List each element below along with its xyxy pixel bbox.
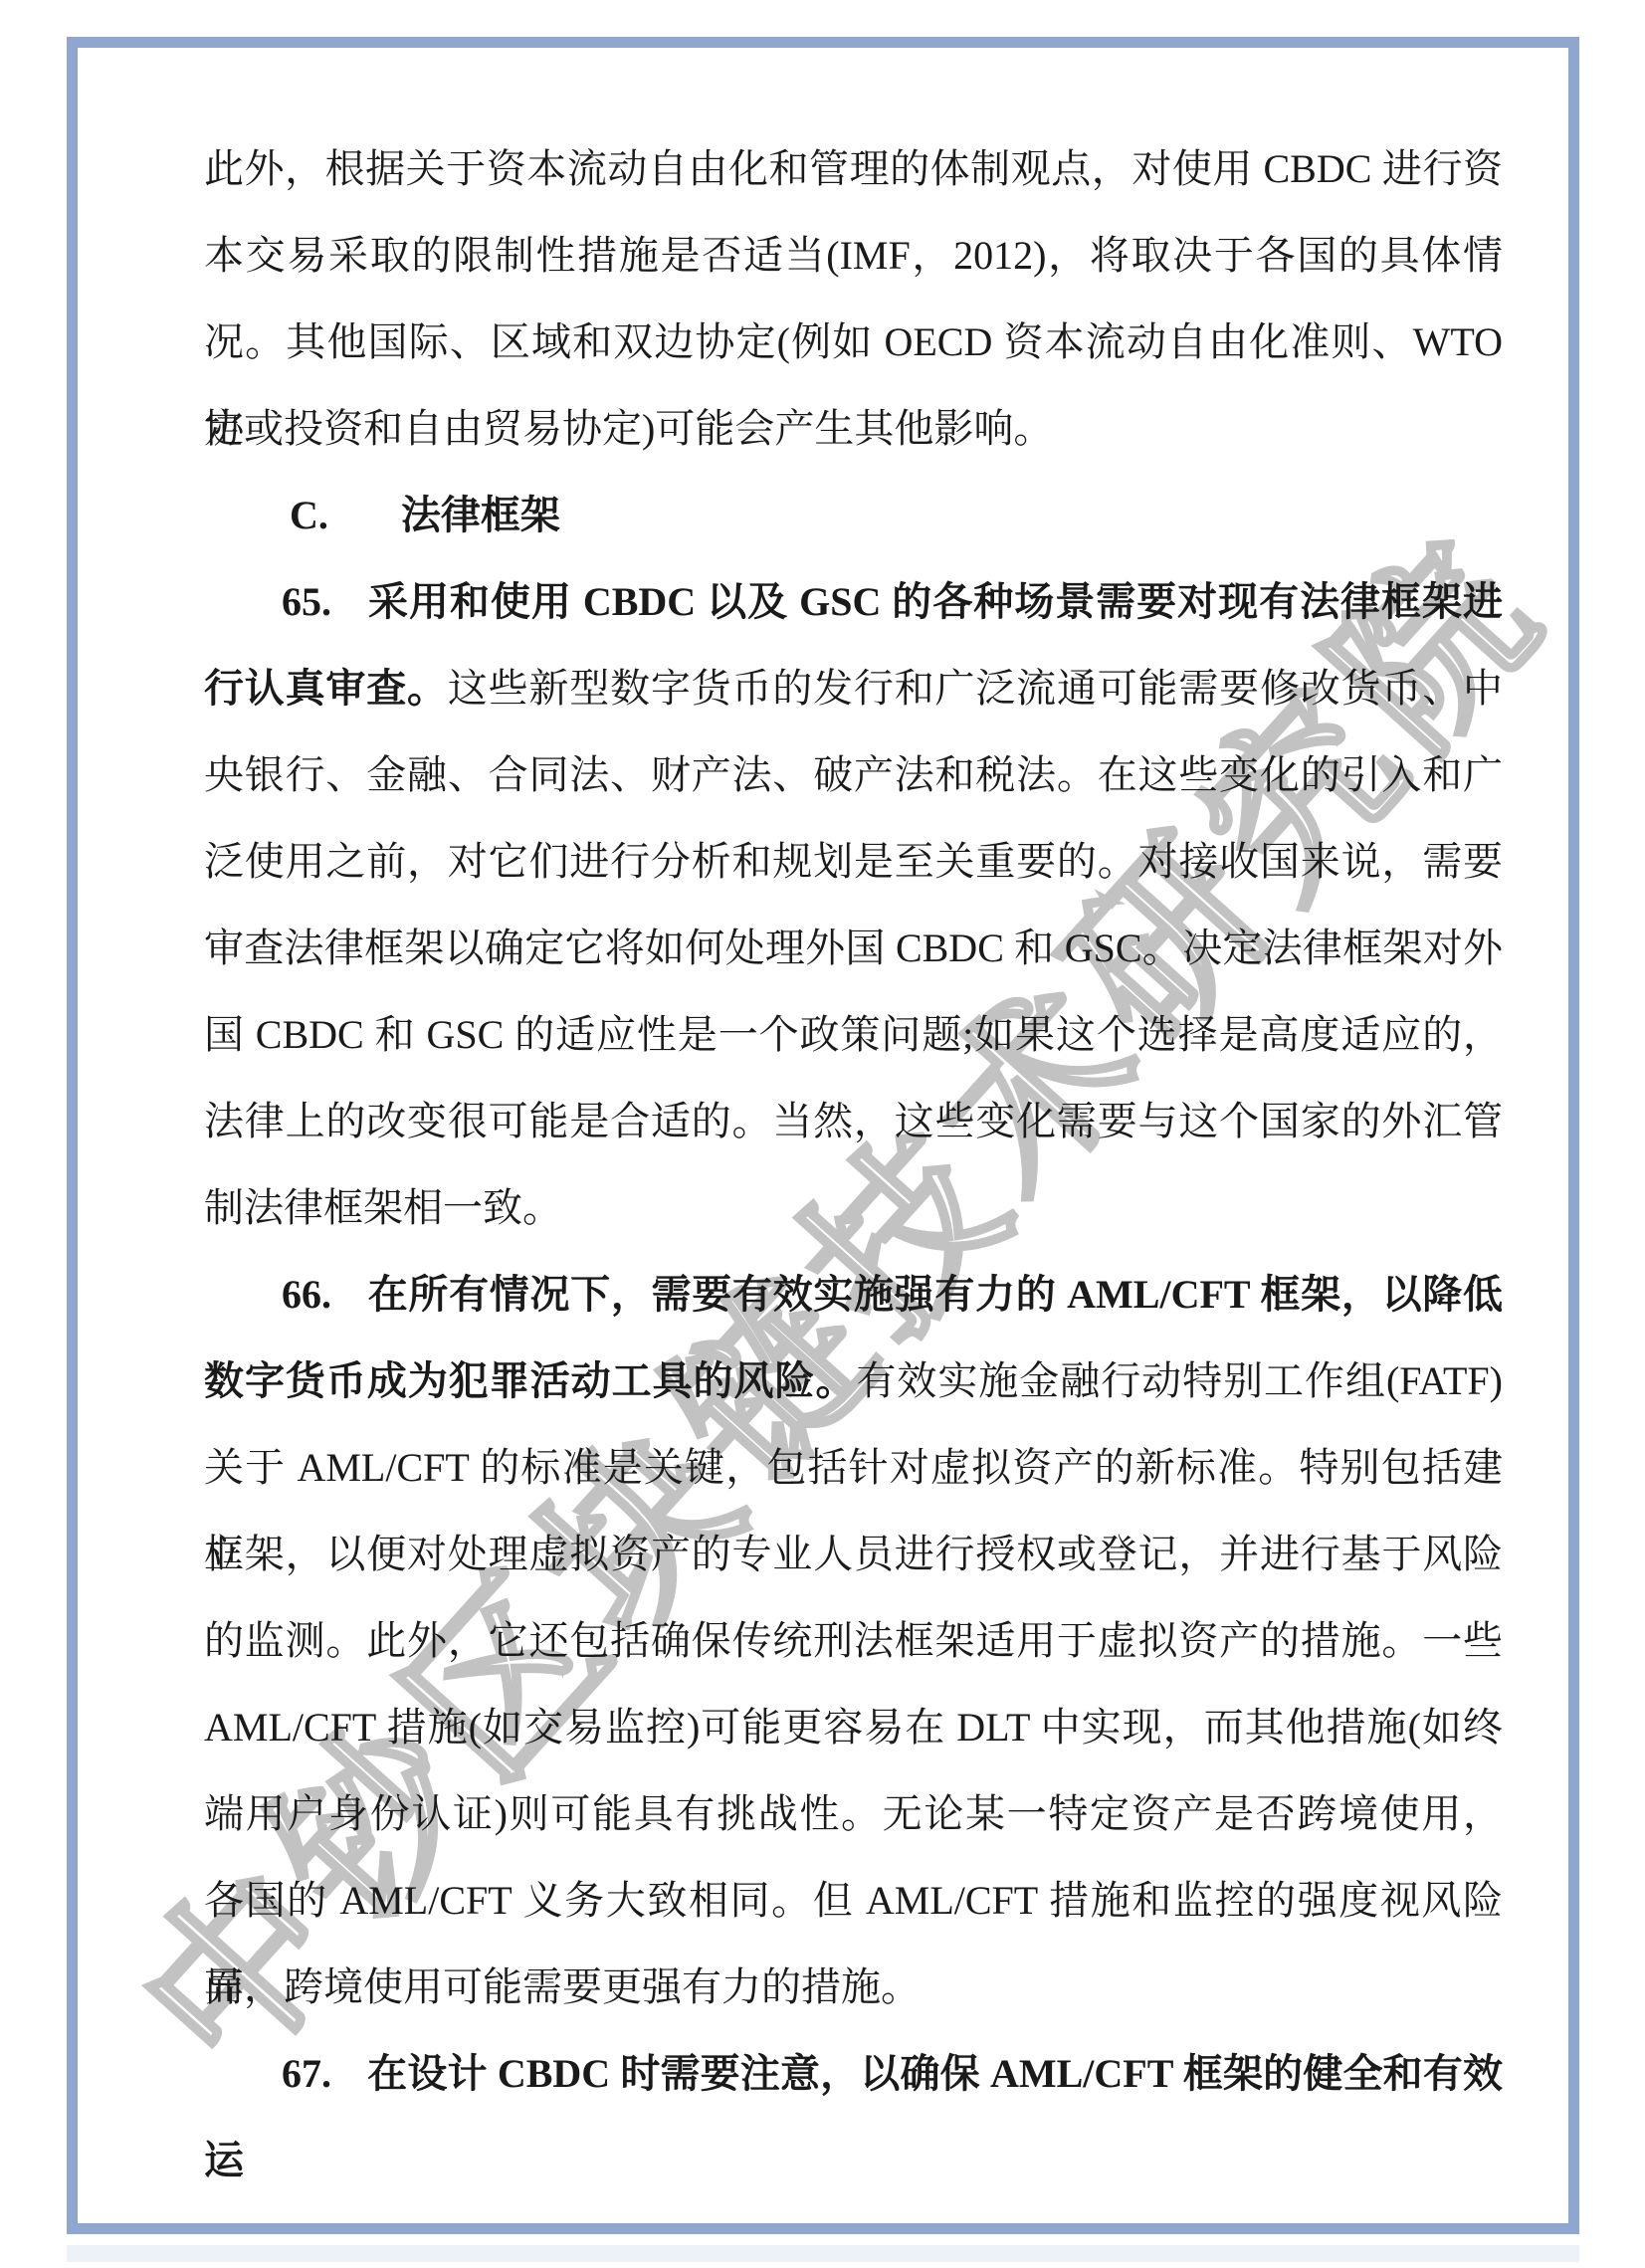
paragraph-line: 数字货币成为犯罪活动工具的风险。有效实施金融行动特别工作组(FATF) [204,1338,1503,1424]
text-segment: 异，跨境使用可能需要更强有力的措施。 [204,1964,921,2009]
text-segment: 制法律框架相一致。 [204,1185,562,1230]
next-page-edge-strip [67,2245,1579,2262]
paragraph-line: 的监测。此外，它还包括确保传统刑法框架适用于虚拟资产的措施。一些 [204,1597,1503,1684]
text-segment: 行认真审查。 [204,666,448,711]
paragraph-line: AML/CFT 措施(如交易监控)可能更容易在 DLT 中实现，而其他措施(如终 [204,1684,1503,1770]
text-segment: 65. [282,579,331,624]
text-segment: 端用户身份认证)则可能具有挑战性。无论某一特定资产是否跨境使用， [204,1791,1503,1836]
paragraph-line: 66.在所有情况下，需要有效实施强有力的 AML/CFT 框架，以降低 [204,1251,1503,1338]
paragraph-line: 国 CBDC 和 GSC 的适应性是一个政策问题;如果这个选择是高度适应的， [204,991,1503,1078]
text-segment: 有效实施金融行动特别工作组(FATF) [856,1358,1503,1403]
number-gap [331,1307,367,1308]
paragraph-line: 各国的 AML/CFT 义务大致相同。但 AML/CFT 措施和监控的强度视风险… [204,1857,1503,1944]
paragraph-line: 制法律框架相一致。 [204,1164,1503,1251]
number-gap [328,527,401,528]
number-gap [331,614,367,615]
document-text-block: 此外，根据关于资本流动自由化和管理的体制观点，对使用 CBDC 进行资本交易采取… [204,125,1503,2117]
text-segment: 数字货币成为犯罪活动工具的风险。 [204,1358,856,1403]
paragraph-line: 此外，根据关于资本流动自由化和管理的体制观点，对使用 CBDC 进行资 [204,125,1503,212]
section-heading: C.法律框架 [204,472,1503,558]
text-segment: C. [290,493,328,537]
text-segment: 的监测。此外，它还包括确保传统刑法框架适用于虚拟资产的措施。一些 [204,1618,1503,1663]
paragraph-line: 审查法律框架以确定它将如何处理外国 CBDC 和 GSC。决定法律框架对外 [204,905,1503,991]
text-segment: 这些新型数字货币的发行和广泛流通可能需要修改货币、中 [448,666,1503,711]
text-segment: 框架，以便对处理虚拟资产的专业人员进行授权或登记，并进行基于风险 [204,1532,1503,1576]
text-segment: 在所有情况下，需要有效实施强有力的 AML/CFT 框架，以降低 [367,1272,1503,1317]
paragraph-line: 泛使用之前，对它们进行分析和规划是至关重要的。对接收国来说，需要 [204,818,1503,905]
text-segment: 审查法律框架以确定它将如何处理外国 CBDC 和 GSC。决定法律框架对外 [204,926,1503,970]
text-segment: 67. [282,2051,331,2096]
paragraph-line: 67.在设计 CBDC 时需要注意，以确保 AML/CFT 框架的健全和有效运 [204,2030,1503,2117]
text-segment: AML/CFT 措施(如交易监控)可能更容易在 DLT 中实现，而其他措施(如终 [204,1705,1503,1750]
text-segment: 法律上的改变很可能是合适的。当然，这些变化需要与这个国家的外汇管 [204,1099,1503,1143]
text-segment: 定或投资和自由贸易协定)可能会产生其他影响。 [204,406,1053,451]
text-segment: 采用和使用 CBDC 以及 GSC 的各种场景需要对现有法律框架进 [367,579,1503,624]
paragraph-line: 本交易采取的限制性措施是否适当(IMF，2012)，将取决于各国的具体情 [204,212,1503,299]
text-segment: 本交易采取的限制性措施是否适当(IMF，2012)，将取决于各国的具体情 [204,233,1503,278]
paragraph-line: 关于 AML/CFT 的标准是关键，包括针对虚拟资产的新标准。特别包括建立 [204,1424,1503,1511]
text-segment: 央银行、金融、合同法、财产法、破产法和税法。在这些变化的引入和广 [204,752,1503,797]
paragraph-line: 法律上的改变很可能是合适的。当然，这些变化需要与这个国家的外汇管 [204,1078,1503,1164]
paragraph-line: 异，跨境使用可能需要更强有力的措施。 [204,1944,1503,2030]
paragraph-line: 端用户身份认证)则可能具有挑战性。无论某一特定资产是否跨境使用， [204,1770,1503,1857]
text-segment: 国 CBDC 和 GSC 的适应性是一个政策问题;如果这个选择是高度适应的， [204,1012,1503,1057]
paragraph-line: 框架，以便对处理虚拟资产的专业人员进行授权或登记，并进行基于风险 [204,1511,1503,1597]
text-segment: 法律框架 [401,493,560,537]
text-segment: 此外，根据关于资本流动自由化和管理的体制观点，对使用 CBDC 进行资 [204,146,1503,191]
paragraph-line: 定或投资和自由贸易协定)可能会产生其他影响。 [204,385,1503,472]
paragraph-line: 65.采用和使用 CBDC 以及 GSC 的各种场景需要对现有法律框架进 [204,558,1503,645]
paragraph-line: 况。其他国际、区域和双边协定(例如 OECD 资本流动自由化准则、WTO 协 [204,299,1503,385]
paragraph-line: 央银行、金融、合同法、财产法、破产法和税法。在这些变化的引入和广 [204,731,1503,818]
paragraph-line: 行认真审查。这些新型数字货币的发行和广泛流通可能需要修改货币、中 [204,645,1503,731]
text-segment: 泛使用之前，对它们进行分析和规划是至关重要的。对接收国来说，需要 [204,839,1503,884]
number-gap [331,2086,367,2087]
text-segment: 66. [282,1272,331,1317]
